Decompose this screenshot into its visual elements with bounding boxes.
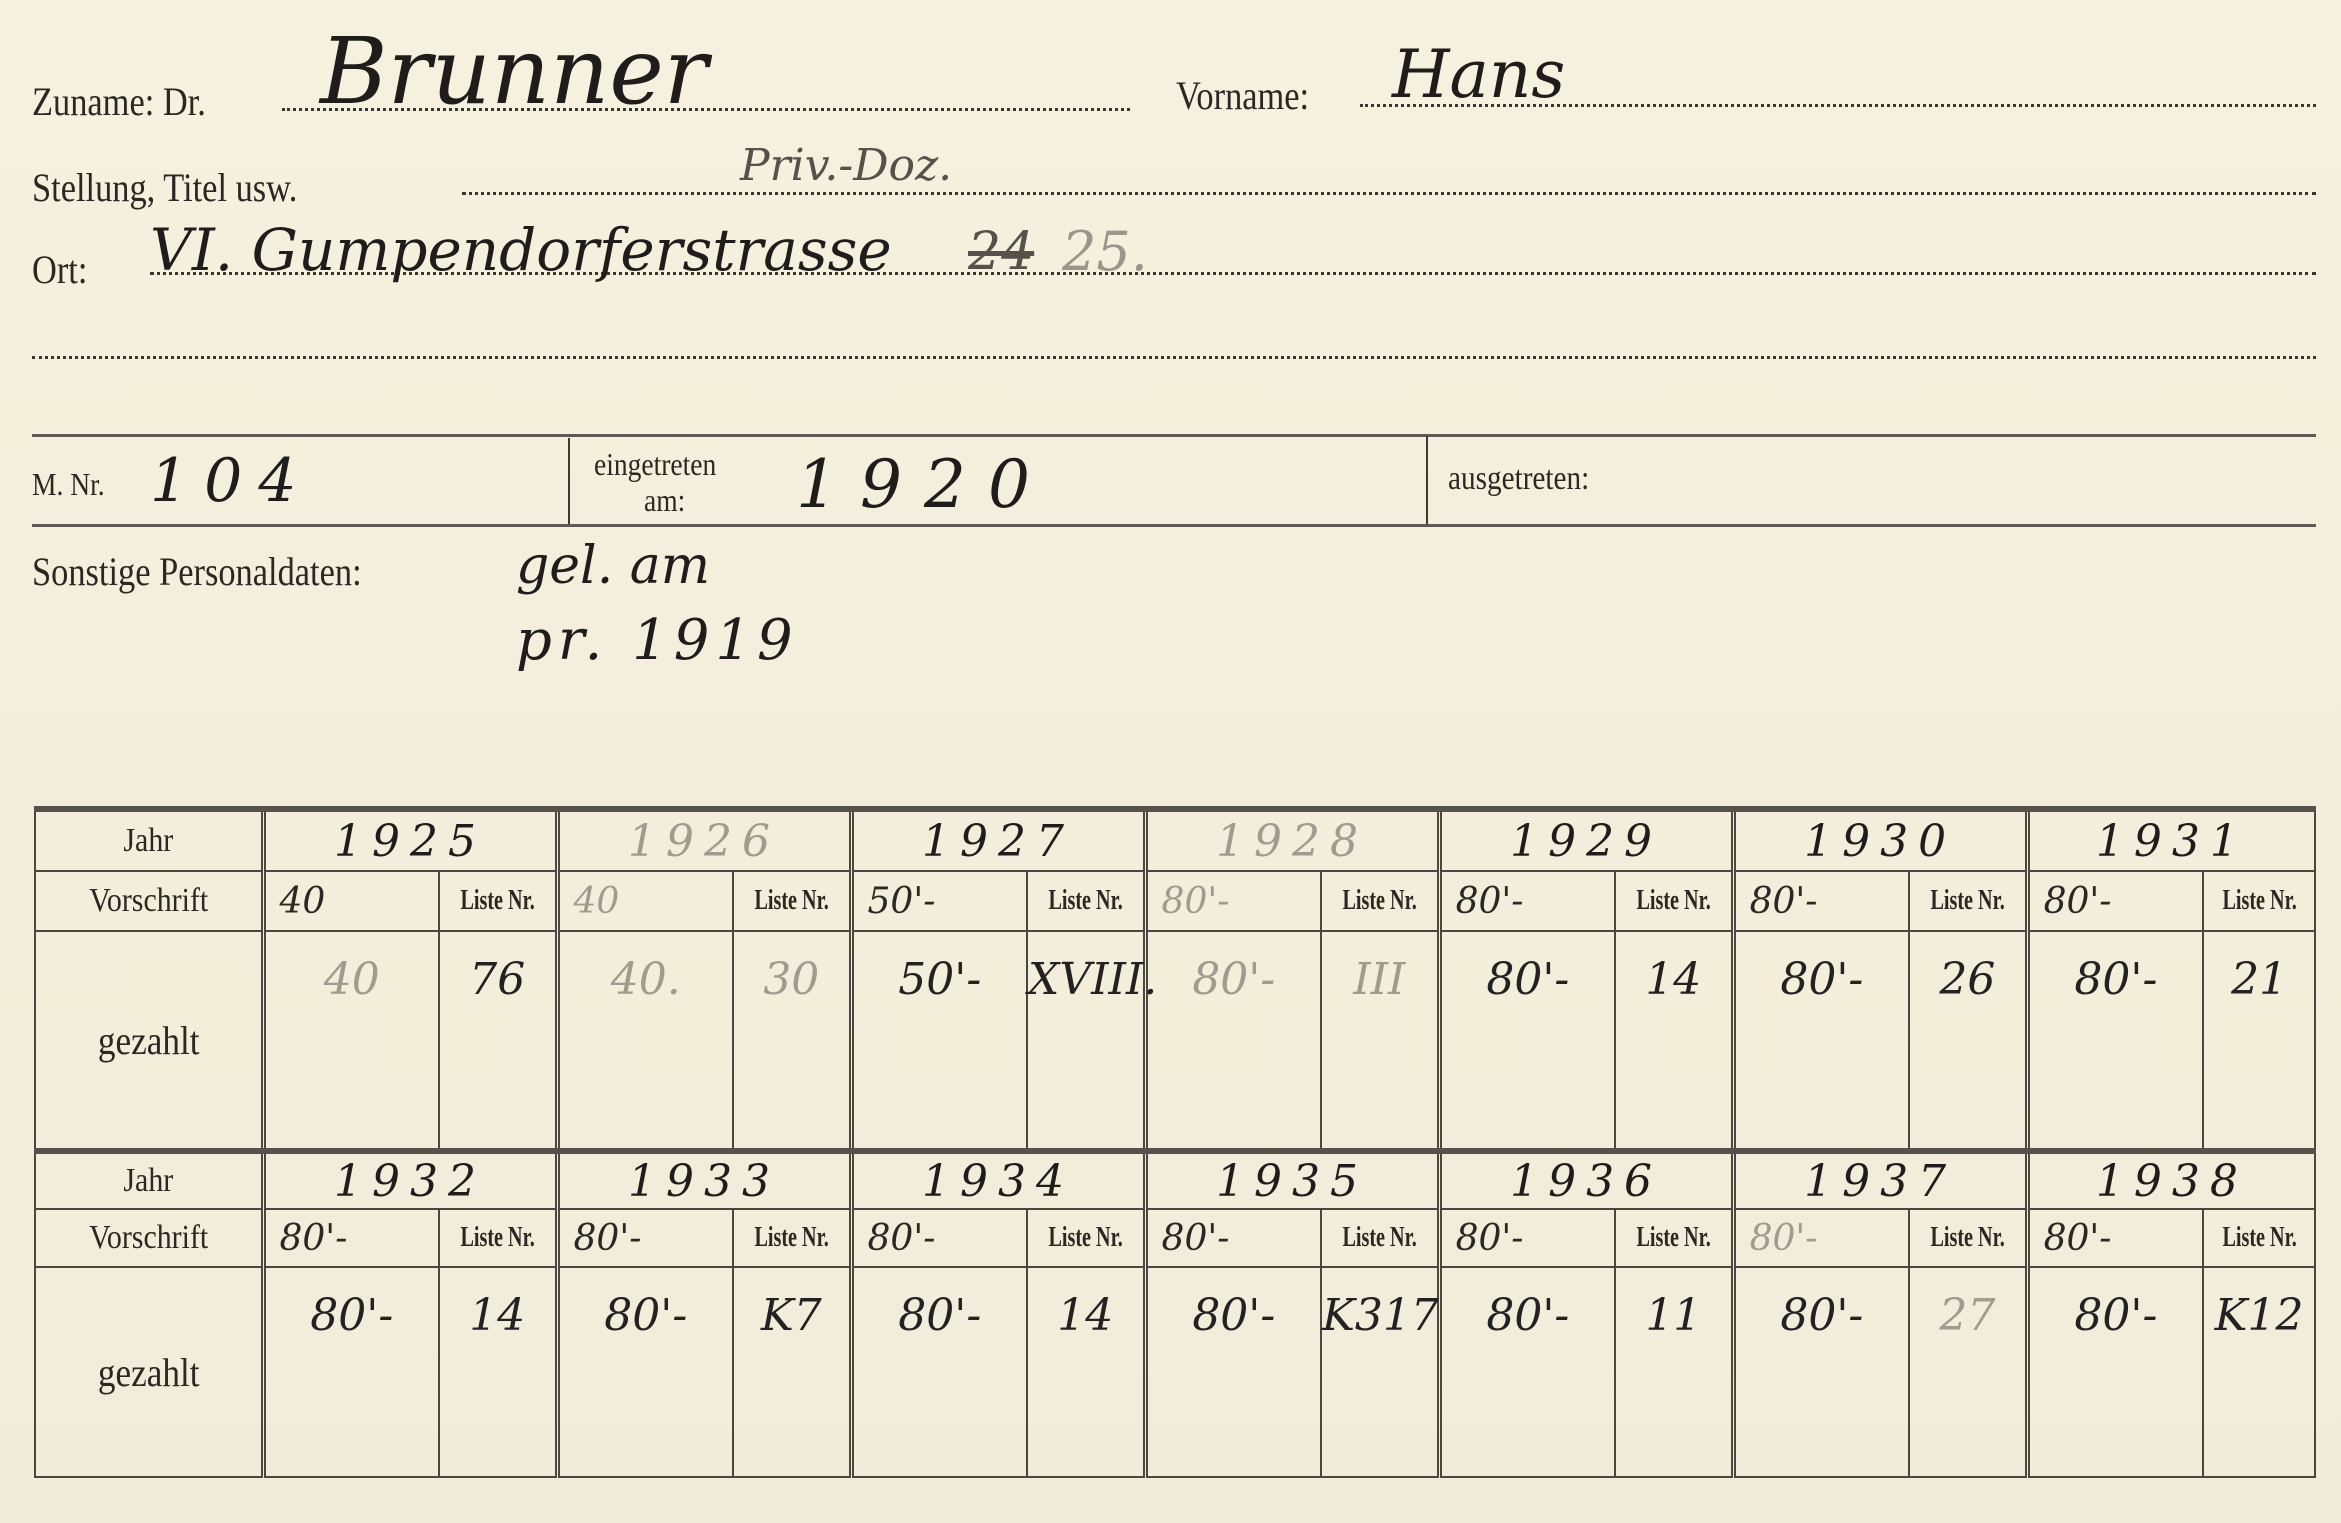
list-no-label: Liste Nr. [1636, 885, 1710, 917]
paid-label: gezahlt [97, 1349, 199, 1396]
paid-label: gezahlt [97, 1017, 199, 1064]
paid-list-no-cell: K7 [733, 1267, 851, 1477]
required-amount-cell: 80'- [1439, 1209, 1615, 1267]
list-no-label: Liste Nr. [1342, 885, 1416, 917]
paid-amount-cell: 80'- [1733, 931, 1909, 1149]
year-cell: 1925 [263, 809, 557, 871]
list-no-header: Liste Nr. [1027, 1209, 1145, 1267]
year-cell: 1935 [1145, 1151, 1439, 1209]
paid-list-no-cell: 21 [2203, 931, 2315, 1149]
paid-row-label: gezahlt [35, 1267, 263, 1477]
required-amount-cell: 40 [263, 871, 439, 931]
paid-list-no-cell: K317 [1321, 1267, 1439, 1477]
paid-list-no-cell: 14 [1027, 1267, 1145, 1477]
paid-list-no-cell: III [1321, 931, 1439, 1149]
left-label: ausgetreten: [1448, 460, 1589, 498]
divider-1 [568, 438, 570, 524]
year-label: Jahr [123, 822, 173, 860]
year-cell: 1927 [851, 809, 1145, 871]
year-cell: 1932 [263, 1151, 557, 1209]
paid-amount-cell: 40. [557, 931, 733, 1149]
year-row-label: Jahr [35, 1151, 263, 1209]
year-cell: 1929 [1439, 809, 1733, 871]
list-no-header: Liste Nr. [733, 1209, 851, 1267]
list-no-header: Liste Nr. [2203, 871, 2315, 931]
required-amount-cell: 80'- [2027, 871, 2203, 931]
paid-amount-cell: 80'- [1439, 1267, 1615, 1477]
required-amount-cell: 80'- [2027, 1209, 2203, 1267]
list-no-header: Liste Nr. [2203, 1209, 2315, 1267]
required-row-label: Vorschrift [35, 871, 263, 931]
year-cell: 1933 [557, 1151, 851, 1209]
rule-bottom [32, 524, 2316, 527]
list-no-label: Liste Nr. [1636, 1222, 1710, 1254]
place-number-struck: 24 [968, 222, 1034, 282]
year-cell: 1937 [1733, 1151, 2027, 1209]
year-cell: 1931 [2027, 809, 2315, 871]
required-row-label: Vorschrift [35, 1209, 263, 1267]
place-value: VI. Gumpendorferstrasse [150, 216, 892, 284]
surname-label: Zuname: Dr. [32, 78, 206, 125]
member-no-value: 104 [150, 446, 313, 516]
required-amount-cell: 80'- [1439, 871, 1615, 931]
paid-amount-cell: 80'- [2027, 1267, 2203, 1477]
list-no-label: Liste Nr. [1930, 885, 2004, 917]
required-amount-cell: 80'- [1145, 1209, 1321, 1267]
list-no-header: Liste Nr. [1321, 1209, 1439, 1267]
list-no-header: Liste Nr. [1615, 871, 1733, 931]
paid-list-no-cell: 14 [1615, 931, 1733, 1149]
required-amount-cell: 40 [557, 871, 733, 931]
paid-row-label: gezahlt [35, 931, 263, 1149]
list-no-label: Liste Nr. [1048, 1222, 1122, 1254]
list-no-header: Liste Nr. [1321, 871, 1439, 931]
member-no-label: M. Nr. [32, 466, 105, 503]
divider-2 [1426, 436, 1428, 524]
list-no-header: Liste Nr. [1909, 871, 2027, 931]
paid-amount-cell: 50'- [851, 931, 1027, 1149]
list-no-label: Liste Nr. [1342, 1222, 1416, 1254]
required-label: Vorschrift [89, 1219, 208, 1257]
payments-table-1932-1938: Jahr1932193319341935193619371938 Vorschr… [34, 1148, 2316, 1478]
year-cell: 1936 [1439, 1151, 1733, 1209]
paid-amount-cell: 80'- [263, 1267, 439, 1477]
position-value: Priv.-Doz. [740, 140, 952, 191]
year-cell: 1928 [1145, 809, 1439, 871]
paid-amount-cell: 80'- [557, 1267, 733, 1477]
surname-value: Brunner [320, 18, 708, 125]
position-label: Stellung, Titel usw. [32, 164, 297, 211]
firstname-label: Vorname: [1176, 72, 1309, 119]
required-amount-cell: 80'- [1145, 871, 1321, 931]
list-no-label: Liste Nr. [1930, 1222, 2004, 1254]
required-amount-cell: 80'- [557, 1209, 733, 1267]
list-no-label: Liste Nr. [2222, 1222, 2296, 1254]
paid-list-no-cell: XVIII. [1027, 931, 1145, 1149]
list-no-label: Liste Nr. [1048, 885, 1122, 917]
paid-list-no-cell: 14 [439, 1267, 557, 1477]
list-no-label: Liste Nr. [460, 1222, 534, 1254]
required-label: Vorschrift [89, 882, 208, 920]
blank-line [32, 356, 2316, 359]
membership-index-card: Zuname: Dr. Brunner Vorname: Hans Stellu… [0, 0, 2341, 1523]
paid-amount-cell: 80'- [1733, 1267, 1909, 1477]
list-no-header: Liste Nr. [439, 1209, 557, 1267]
year-row-label: Jahr [35, 809, 263, 871]
paid-list-no-cell: 30 [733, 931, 851, 1149]
paid-list-no-cell: K12 [2203, 1267, 2315, 1477]
joined-label-line2: am: [644, 482, 685, 519]
list-no-header: Liste Nr. [439, 871, 557, 931]
payments-table-1925-1931: Jahr1925192619271928192919301931 Vorschr… [34, 806, 2316, 1150]
joined-label-line1: eingetreten [594, 446, 716, 483]
paid-amount-cell: 80'- [851, 1267, 1027, 1477]
rule-top [32, 434, 2316, 437]
required-amount-cell: 80'- [1733, 1209, 1909, 1267]
required-amount-cell: 80'- [263, 1209, 439, 1267]
year-cell: 1926 [557, 809, 851, 871]
paid-list-no-cell: 27 [1909, 1267, 2027, 1477]
list-no-label: Liste Nr. [460, 885, 534, 917]
paid-amount-cell: 80'- [1439, 931, 1615, 1149]
list-no-label: Liste Nr. [754, 885, 828, 917]
year-cell: 1930 [1733, 809, 2027, 871]
required-amount-cell: 50'- [851, 871, 1027, 931]
list-no-header: Liste Nr. [1615, 1209, 1733, 1267]
other-data-line1: gel. am [516, 536, 710, 596]
position-line [462, 192, 2316, 195]
paid-list-no-cell: 76 [439, 931, 557, 1149]
year-label: Jahr [123, 1162, 173, 1200]
paid-amount-cell: 80'- [2027, 931, 2203, 1149]
paid-amount-cell: 40 [263, 931, 439, 1149]
joined-value: 1920 [796, 446, 1052, 523]
year-cell: 1938 [2027, 1151, 2315, 1209]
required-amount-cell: 80'- [851, 1209, 1027, 1267]
required-amount-cell: 80'- [1733, 871, 1909, 931]
list-no-header: Liste Nr. [733, 871, 851, 931]
list-no-label: Liste Nr. [2222, 885, 2296, 917]
year-cell: 1934 [851, 1151, 1145, 1209]
paid-amount-cell: 80'- [1145, 931, 1321, 1149]
list-no-header: Liste Nr. [1027, 871, 1145, 931]
place-number: 25. [1062, 220, 1148, 283]
other-data-label: Sonstige Personaldaten: [32, 548, 362, 595]
list-no-header: Liste Nr. [1909, 1209, 2027, 1267]
place-label: Ort: [32, 246, 87, 293]
firstname-value: Hans [1392, 36, 1565, 113]
other-data-line2: pr. 1919 [516, 608, 799, 673]
list-no-label: Liste Nr. [754, 1222, 828, 1254]
paid-list-no-cell: 11 [1615, 1267, 1733, 1477]
paid-list-no-cell: 26 [1909, 931, 2027, 1149]
paid-amount-cell: 80'- [1145, 1267, 1321, 1477]
